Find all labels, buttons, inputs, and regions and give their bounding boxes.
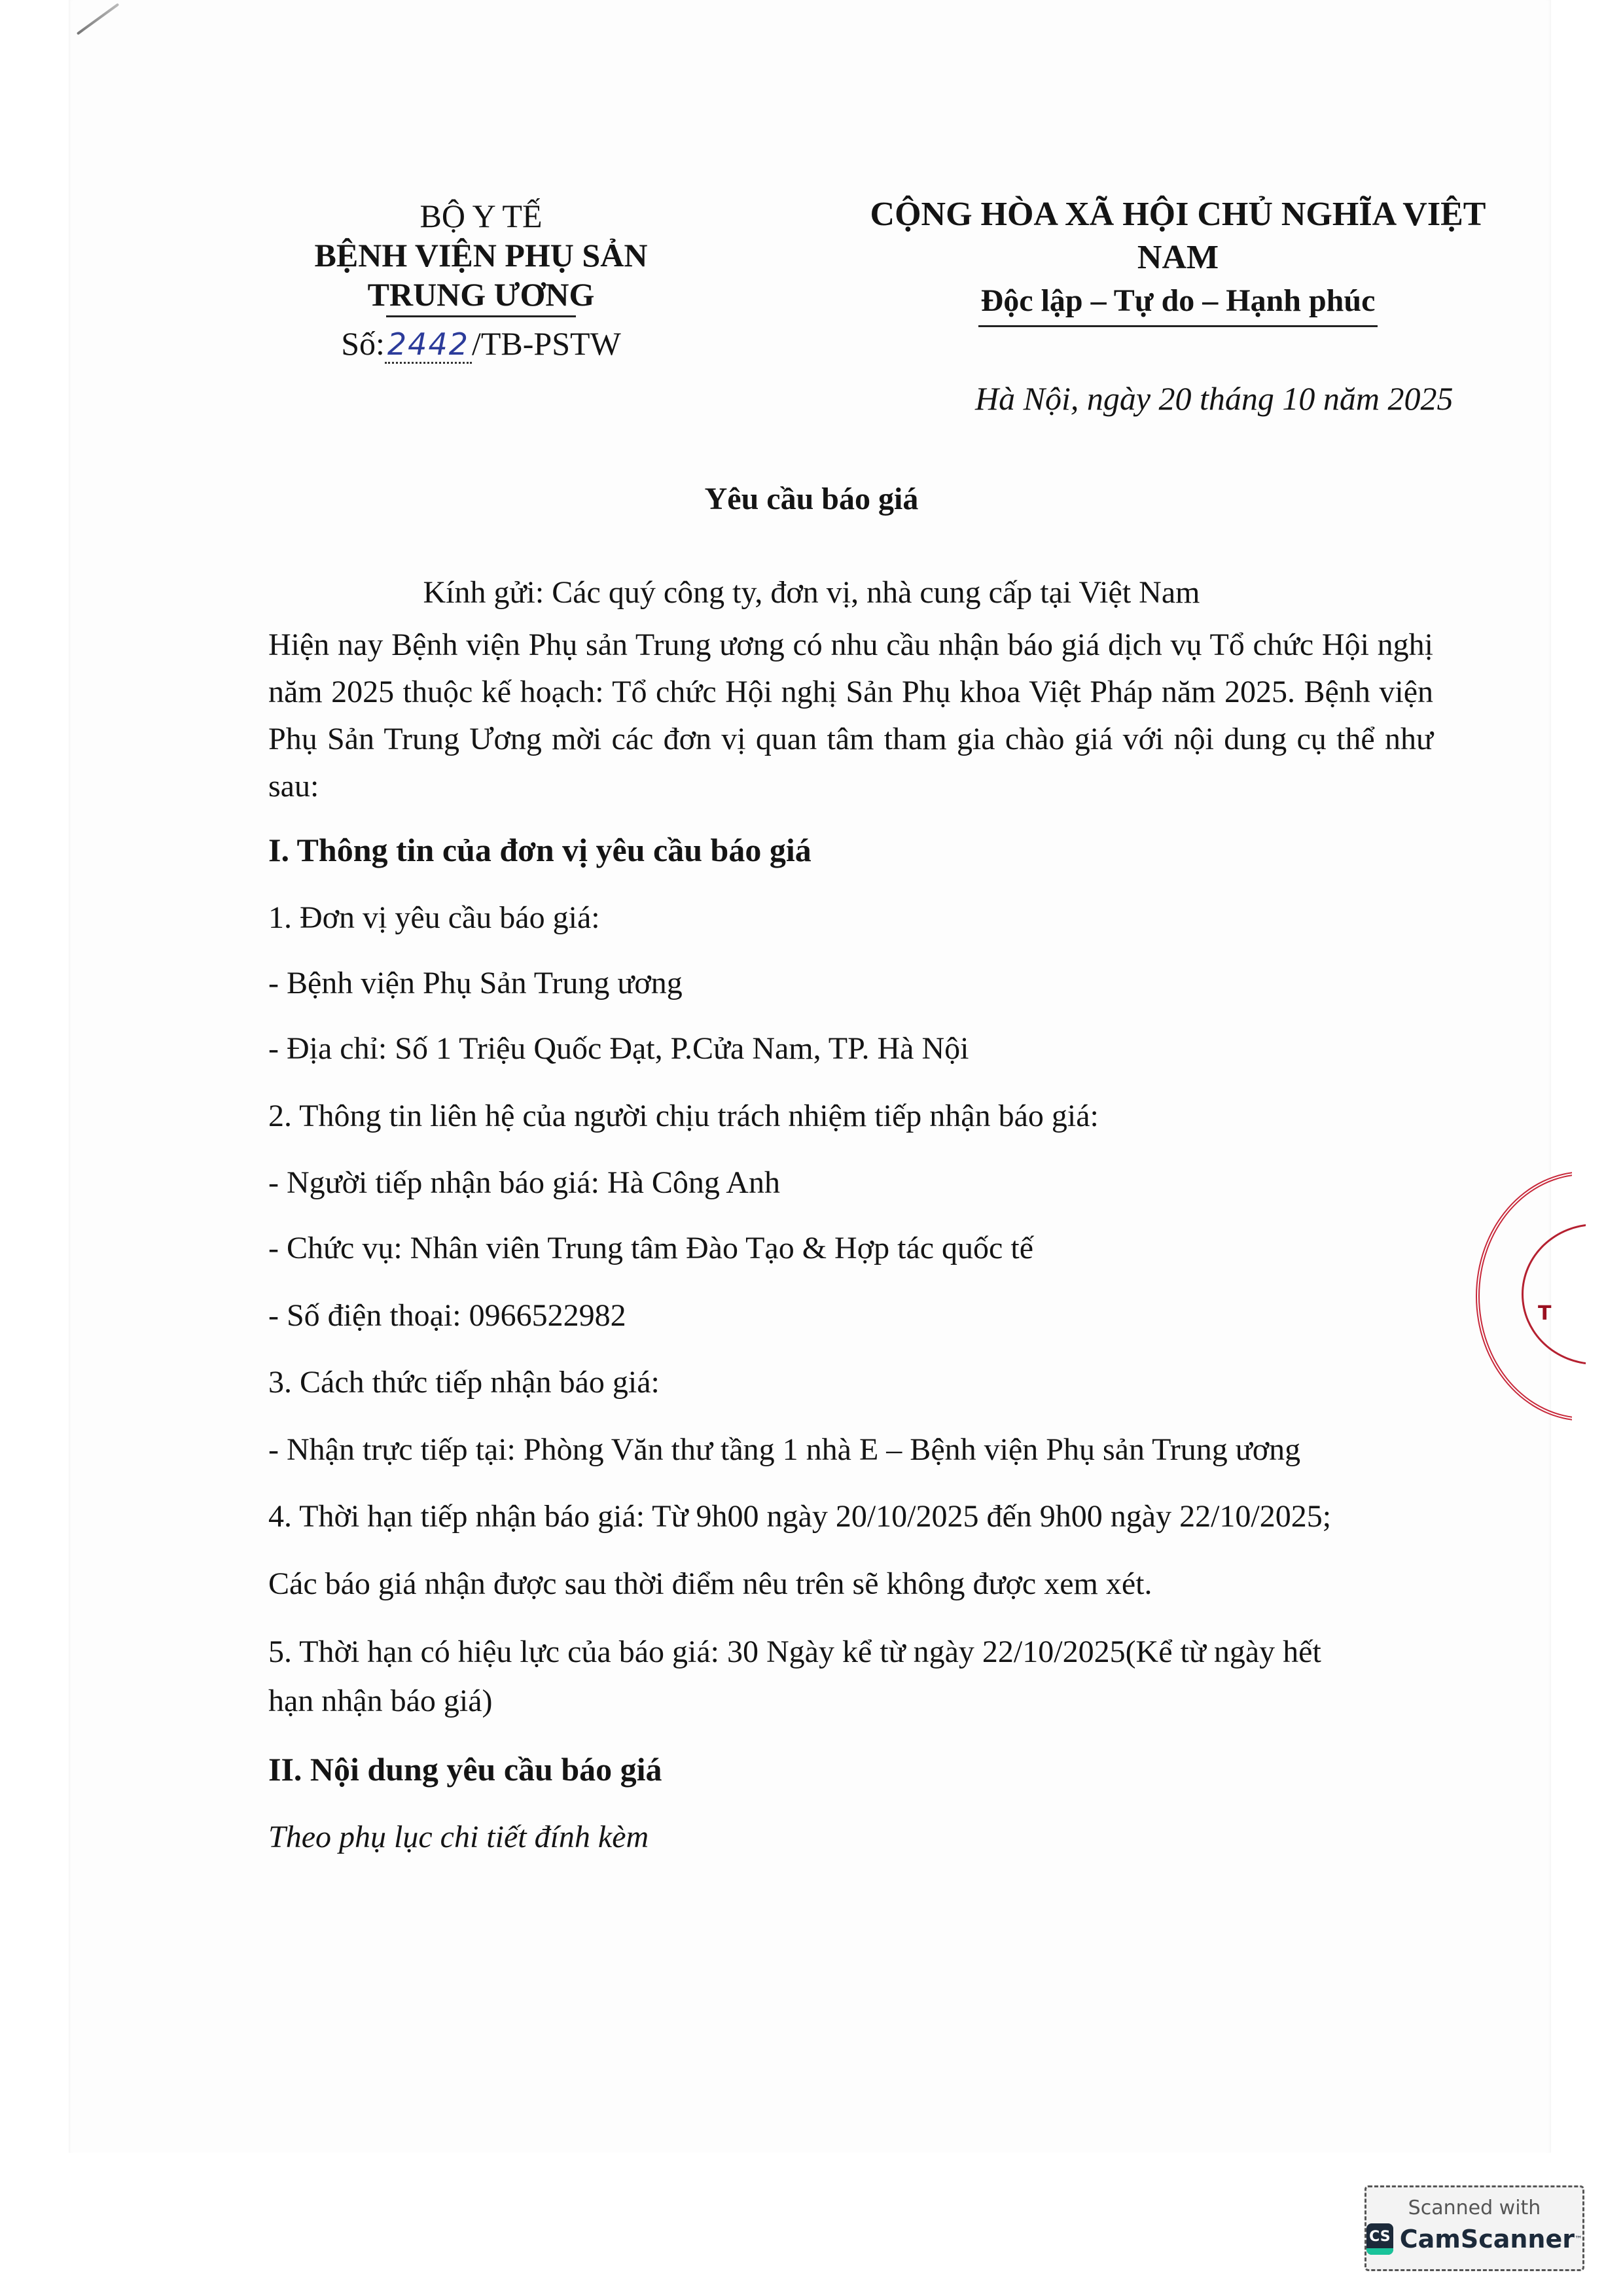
item2-phone: - Số điện thoại: 0966522982 [268,1298,626,1333]
item2-person: - Người tiếp nhận báo giá: Hà Công Anh [268,1165,780,1201]
scanned-with-label: Scanned with [1366,2197,1582,2219]
section2-content: Theo phụ lục chi tiết đính kèm [268,1819,649,1855]
item3-method: - Nhận trực tiếp tại: Phòng Văn thư tầng… [268,1432,1300,1468]
greeting: Kính gửi: Các quý công ty, đơn vị, nhà c… [0,569,1623,616]
issuer-block: BỘ Y TẾ BỆNH VIỆN PHỤ SẢN TRUNG ƯƠNG Số:… [281,196,681,364]
document-number-prefix: Số: [341,325,385,362]
hospital-name-line1: BỆNH VIỆN PHỤ SẢN [281,236,681,275]
camscanner-brand-name: CamScanner [1400,2225,1575,2253]
motto-underline [978,325,1378,327]
item1-title: 1. Đơn vị yêu cầu báo giá: [268,900,600,936]
intro-paragraph: Hiện nay Bệnh viện Phụ sản Trung ương có… [268,622,1433,810]
item2-title: 2. Thông tin liên hệ của người chịu trác… [268,1098,1099,1134]
stamp-letter: T [1538,1302,1551,1325]
document-number-suffix: /TB-PSTW [472,325,621,362]
section1-heading: I. Thông tin của đơn vị yêu cầu báo giá [268,831,811,869]
national-header: CỘNG HÒA XÃ HỘI CHỦ NGHĨA VIỆT NAM Độc l… [818,193,1538,327]
item5-line2: hạn nhận báo giá) [268,1683,493,1719]
ministry-name: BỘ Y TẾ [281,196,681,236]
item3-title: 3. Cách thức tiếp nhận báo giá: [268,1364,660,1400]
item4-title: 4. Thời hạn tiếp nhận báo giá: Từ 9h00 n… [268,1498,1331,1534]
camscanner-watermark: Scanned with CS CamScanner™ [1364,2185,1584,2271]
document-number-handwritten: 2442 [385,327,472,364]
document-title: Yêu cầu báo giá [0,481,1623,517]
item5-line1: 5. Thời hạn có hiệu lực của báo giá: 30 … [268,1634,1321,1670]
national-title-line1: CỘNG HÒA XÃ HỘI CHỦ NGHĨA VIỆT [818,193,1538,236]
national-title-line2: NAM [818,236,1538,279]
issuer-underline [386,315,576,317]
item1-unit: - Bệnh viện Phụ Sản Trung ương [268,965,683,1001]
document-number: Số:2442/TB-PSTW [281,324,681,364]
section2-heading: II. Nội dung yêu cầu báo giá [268,1750,662,1788]
national-motto: Độc lập – Tự do – Hạnh phúc [818,279,1538,323]
hospital-name-line2: TRUNG ƯƠNG [281,275,681,314]
trademark-symbol: ™ [1575,2234,1582,2244]
item2-position: - Chức vụ: Nhân viên Trung tâm Đào Tạo &… [268,1230,1033,1266]
camscanner-logo-icon: CS [1366,2223,1393,2255]
item4-note: Các báo giá nhận được sau thời điểm nêu … [268,1566,1152,1602]
place-date: Hà Nội, ngày 20 tháng 10 năm 2025 [975,380,1454,417]
item1-address: - Địa chỉ: Số 1 Triệu Quốc Đạt, P.Cửa Na… [268,1031,969,1067]
